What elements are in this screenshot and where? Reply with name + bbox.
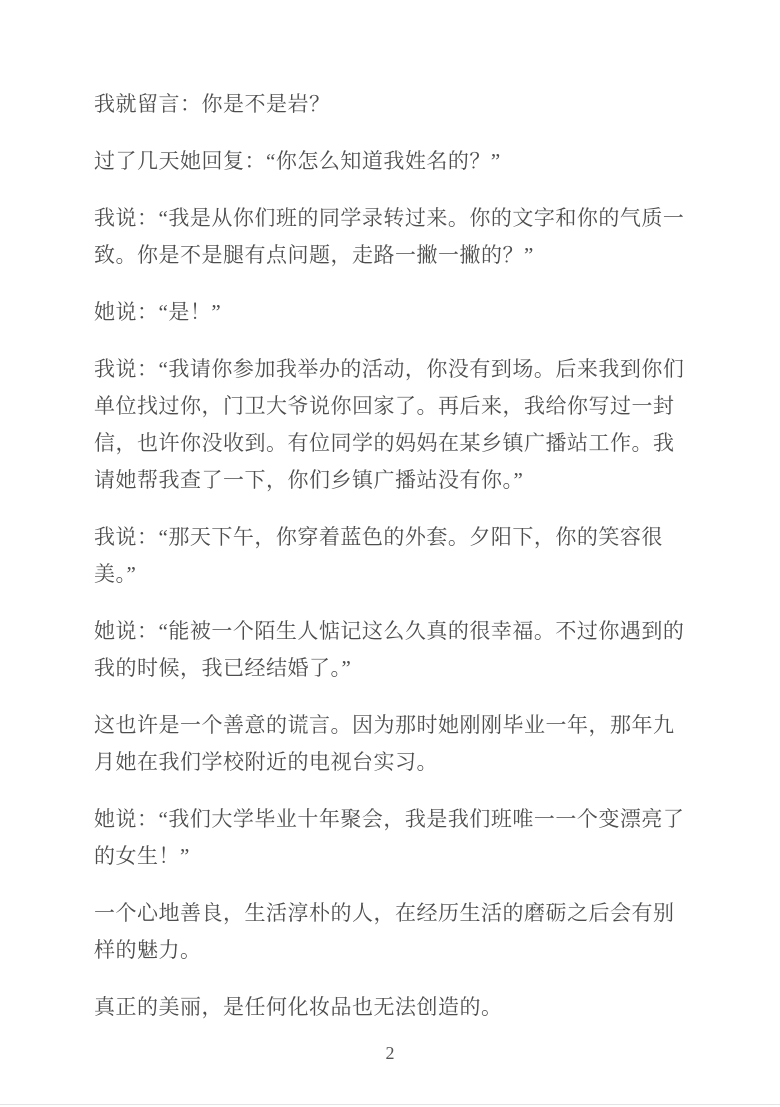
- paragraph: 我就留言：你是不是岩？: [94, 86, 690, 123]
- paragraph: 这也许是一个善意的谎言。因为那时她刚刚毕业一年，那年九月她在我们学校附近的电视台…: [94, 707, 690, 781]
- paragraph: 我说：“我请你参加我举办的活动，你没有到场。后来我到你们单位找过你，门卫大爷说你…: [94, 351, 690, 499]
- paragraph: 一个心地善良，生活淳朴的人，在经历生活的磨砺之后会有别样的魅力。: [94, 895, 690, 969]
- paragraph: 她说：“能被一个陌生人惦记这么久真的很幸福。不过你遇到的我的时候，我已经结婚了。…: [94, 613, 690, 687]
- document-page: 我就留言：你是不是岩？ 过了几天她回复：“你怎么知道我姓名的？” 我说：“我是从…: [0, 0, 780, 1107]
- paragraph: 她说：“我们大学毕业十年聚会，我是我们班唯一一个变漂亮了的女生！”: [94, 801, 690, 875]
- paragraph: 我说：“那天下午，你穿着蓝色的外套。夕阳下，你的笑容很美。”: [94, 519, 690, 593]
- page-number: 2: [0, 1042, 780, 1064]
- paragraph: 过了几天她回复：“你怎么知道我姓名的？”: [94, 143, 690, 180]
- page-body-text: 我就留言：你是不是岩？ 过了几天她回复：“你怎么知道我姓名的？” 我说：“我是从…: [94, 86, 690, 1046]
- paragraph: 我说：“我是从你们班的同学录转过来。你的文字和你的气质一致。你是不是腿有点问题，…: [94, 200, 690, 274]
- paragraph: 她说：“是！”: [94, 294, 690, 331]
- paragraph: 真正的美丽，是任何化妆品也无法创造的。: [94, 989, 690, 1026]
- page-bottom-divider: [0, 1104, 780, 1105]
